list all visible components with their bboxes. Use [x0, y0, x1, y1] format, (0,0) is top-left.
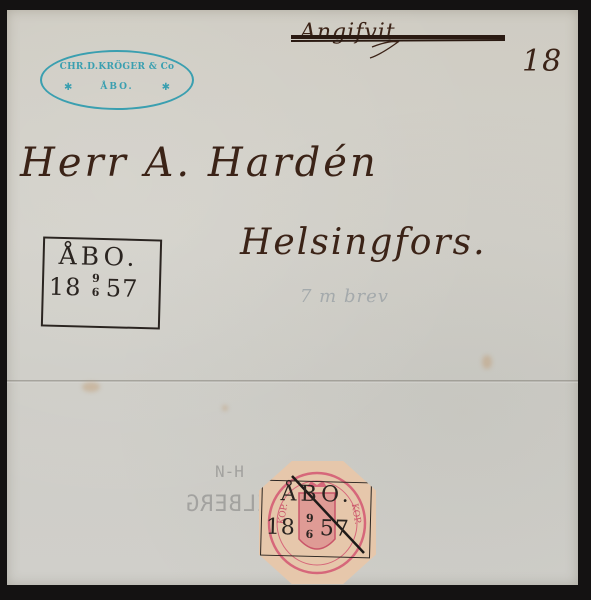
- postage-stamp: KOP. KOP. ÅBO. 18 9 6 57: [259, 461, 376, 584]
- stamp-cancel-year-right: 57: [319, 516, 350, 542]
- stamp-cancel-month: 6: [305, 528, 313, 541]
- stamp-cancel-year-left: 18: [265, 515, 296, 541]
- address-city: Helsingfors.: [240, 222, 487, 263]
- postmark-month: 6: [92, 286, 100, 299]
- rate-mark: 18: [522, 44, 562, 79]
- postmark-year-right: 57: [106, 274, 139, 303]
- stamp-cancel: ÅBO. 18 9 6 57: [260, 480, 372, 559]
- stamp-cancel-day: 9: [306, 512, 314, 525]
- stamp-cancel-town: ÅBO.: [280, 481, 353, 508]
- addressee-name: Herr A. Hardén: [20, 140, 379, 186]
- offset-fragment: N-H: [215, 462, 244, 481]
- pencil-note: 7 m brev: [300, 286, 389, 307]
- postmark-year-left: 18: [49, 273, 82, 302]
- postmark-town: ÅBO.: [58, 241, 139, 272]
- postmark-day: 9: [92, 272, 100, 285]
- postmark-abo: ÅBO. 18 9 6 57: [41, 236, 162, 329]
